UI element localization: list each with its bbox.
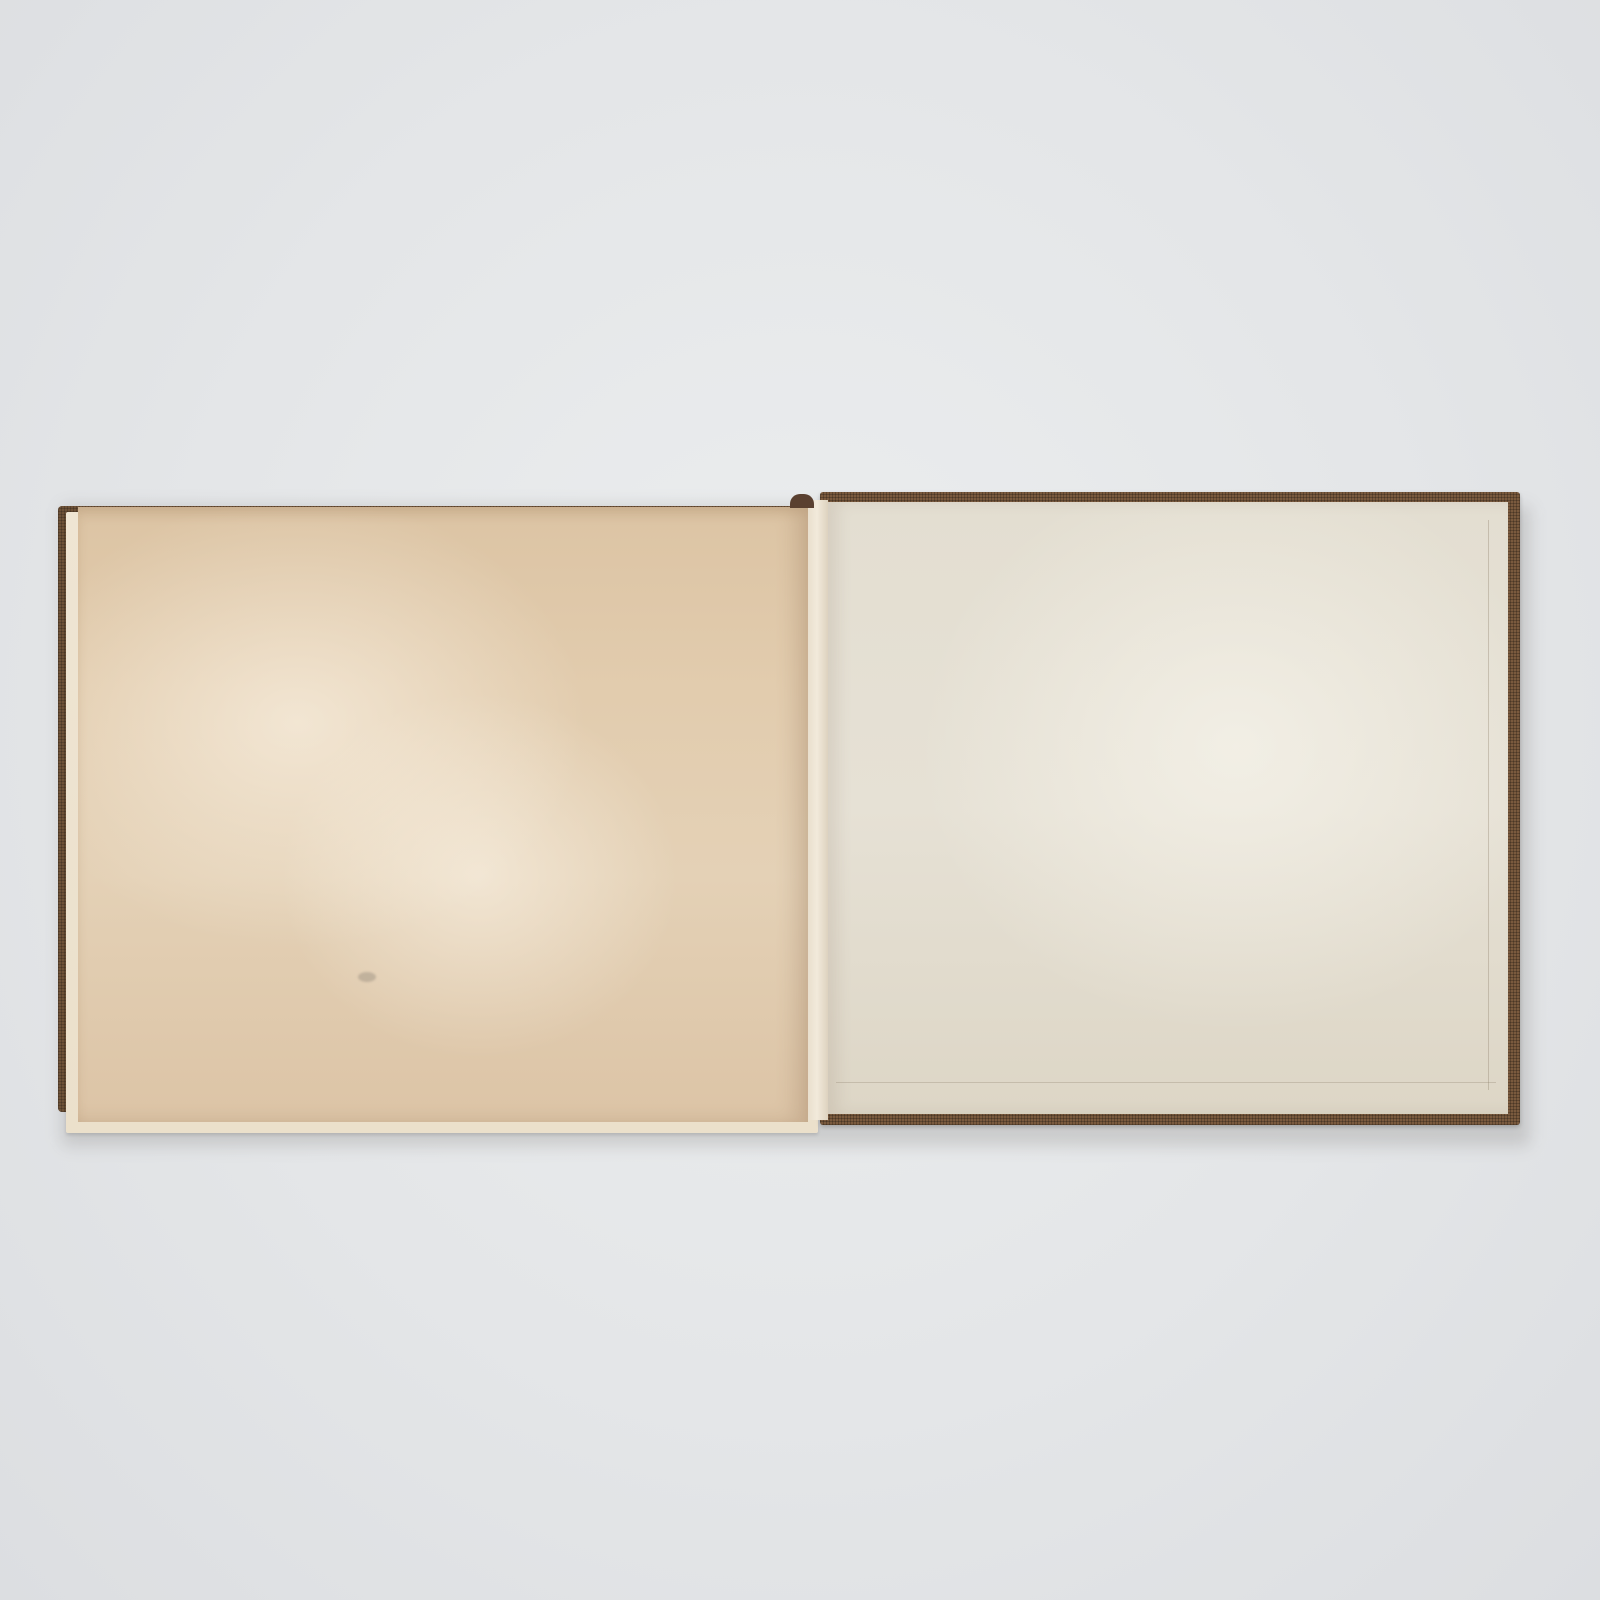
right-pastedown-page: Blank pastedown inside the front cover <box>828 502 1508 1114</box>
spine-headcap <box>790 494 814 508</box>
left-page-description: Blank aged endpaper with foxing and toni… <box>78 507 79 508</box>
photo-scene: Open blank hardcover book Blank aged end… <box>0 0 1600 1600</box>
left-endpaper-page: Blank aged endpaper with foxing and toni… <box>78 507 808 1122</box>
book-gutter <box>808 500 828 1120</box>
scene-caption: Open blank hardcover book <box>0 0 1 1</box>
pastedown-bottom-line <box>836 1082 1496 1083</box>
pastedown-edge-line <box>1488 520 1489 1090</box>
right-page-description: Blank pastedown inside the front cover <box>828 502 829 503</box>
pencil-smudge <box>358 972 376 982</box>
